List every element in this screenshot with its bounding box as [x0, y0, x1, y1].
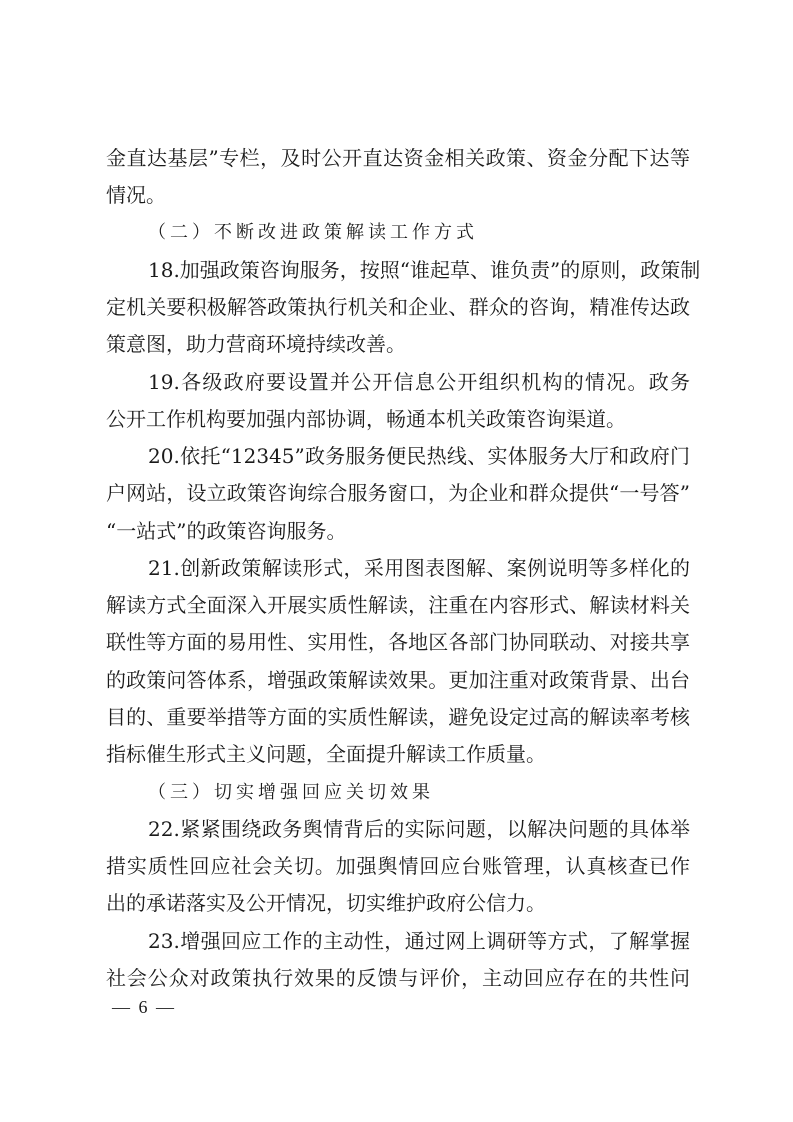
- paragraph-start: 18.加强政策咨询服务，按照“谁起草、谁负责”的原则，政策制: [148, 252, 690, 289]
- text-line: 定机关要积极解答政策执行机关和企业、群众的咨询，精准传达政: [106, 289, 690, 326]
- text-line: “一站式”的政策咨询服务。: [106, 513, 690, 550]
- text-line: 金直达基层”专栏，及时公开直达资金相关政策、资金分配下达等: [106, 140, 690, 177]
- text-line: 联性等方面的易用性、实用性，各地区各部门协同联动、对接共享: [106, 624, 690, 661]
- page-number: — 6 —: [112, 994, 176, 1020]
- section-heading: （三）切实增强回应关切效果: [148, 774, 690, 811]
- text-line: 公开工作机构要加强内部协调，畅通本机关政策咨询渠道。: [106, 401, 690, 438]
- paragraph-start: 21.创新政策解读形式，采用图表图解、案例说明等多样化的: [148, 550, 690, 587]
- text-line: 出的承诺落实及公开情况，切实维护政府公信力。: [106, 885, 690, 922]
- text-line: 社会公众对政策执行效果的反馈与评价，主动回应存在的共性问: [106, 960, 690, 997]
- text-line: 策意图，助力营商环境持续改善。: [106, 326, 690, 363]
- paragraph-start: 22.紧紧围绕政务舆情背后的实际问题，以解决问题的具体举: [148, 811, 690, 848]
- paragraph-start: 19.各级政府要设置并公开信息公开组织机构的情况。政务: [148, 364, 690, 401]
- text-line: 户网站，设立政策咨询综合服务窗口，为企业和群众提供“一号答”: [106, 475, 690, 512]
- document-page: 金直达基层”专栏，及时公开直达资金相关政策、资金分配下达等 情况。 （二）不断改…: [0, 0, 793, 1122]
- text-line: 情况。: [106, 177, 690, 214]
- text-line: 目的、重要举措等方面的实质性解读，避免设定过高的解读率考核: [106, 699, 690, 736]
- text-line: 的政策问答体系，增强政策解读效果。更加注重对政策背景、出台: [106, 662, 690, 699]
- text-line: 措实质性回应社会关切。加强舆情回应台账管理，认真核查已作: [106, 848, 690, 885]
- text-line: 指标催生形式主义问题，全面提升解读工作质量。: [106, 736, 690, 773]
- section-heading: （二）不断改进政策解读工作方式: [148, 214, 690, 251]
- paragraph-start: 23.增强回应工作的主动性，通过网上调研等方式，了解掌握: [148, 923, 690, 960]
- paragraph-start: 20.依托“12345”政务服务便民热线、实体服务大厅和政府门: [148, 438, 690, 475]
- text-line: 解读方式全面深入开展实质性解读，注重在内容形式、解读材料关: [106, 587, 690, 624]
